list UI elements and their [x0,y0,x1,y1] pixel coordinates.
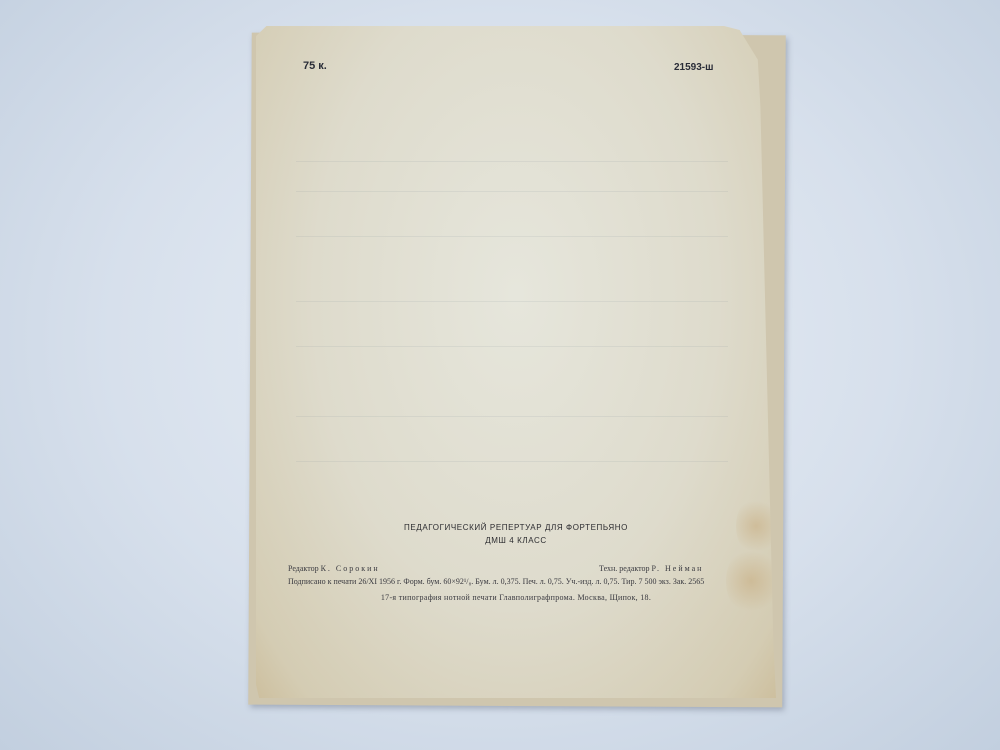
paper-stain [726,546,776,616]
staff-line-ghost [296,346,728,347]
print-info: Подписано к печати 26/XI 1956 г. Форм. б… [288,577,704,586]
staff-line-ghost [296,161,728,162]
tech-editor-credit: Техн. редактор Р. Нейман [599,564,703,573]
editor-label: Редактор [288,564,319,573]
price-label: 75 к. [303,60,327,72]
staff-line-ghost [296,236,728,237]
editor-credit: Редактор К. Сорокин [288,564,380,573]
staff-line-ghost [296,461,728,462]
staff-line-ghost [296,416,728,417]
catalog-number: 21593-ш [674,62,713,73]
document-subtitle: ДМШ 4 КЛАСС [256,536,776,545]
printer-info: 17-я типография нотной печати Главполигр… [256,593,776,602]
tech-editor-name: Р. Нейман [652,564,704,573]
document-title: ПЕДАГОГИЧЕСКИЙ РЕПЕРТУАР ДЛЯ ФОРТЕПЬЯНО [256,523,776,532]
editor-name: К. Сорокин [321,564,380,573]
staff-line-ghost [296,301,728,302]
staff-line-ghost [296,191,728,192]
document-page: 75 к. 21593-ш ПЕДАГОГИЧЕСКИЙ РЕПЕРТУАР Д… [256,26,776,698]
tech-editor-label: Техн. редактор [599,564,650,573]
